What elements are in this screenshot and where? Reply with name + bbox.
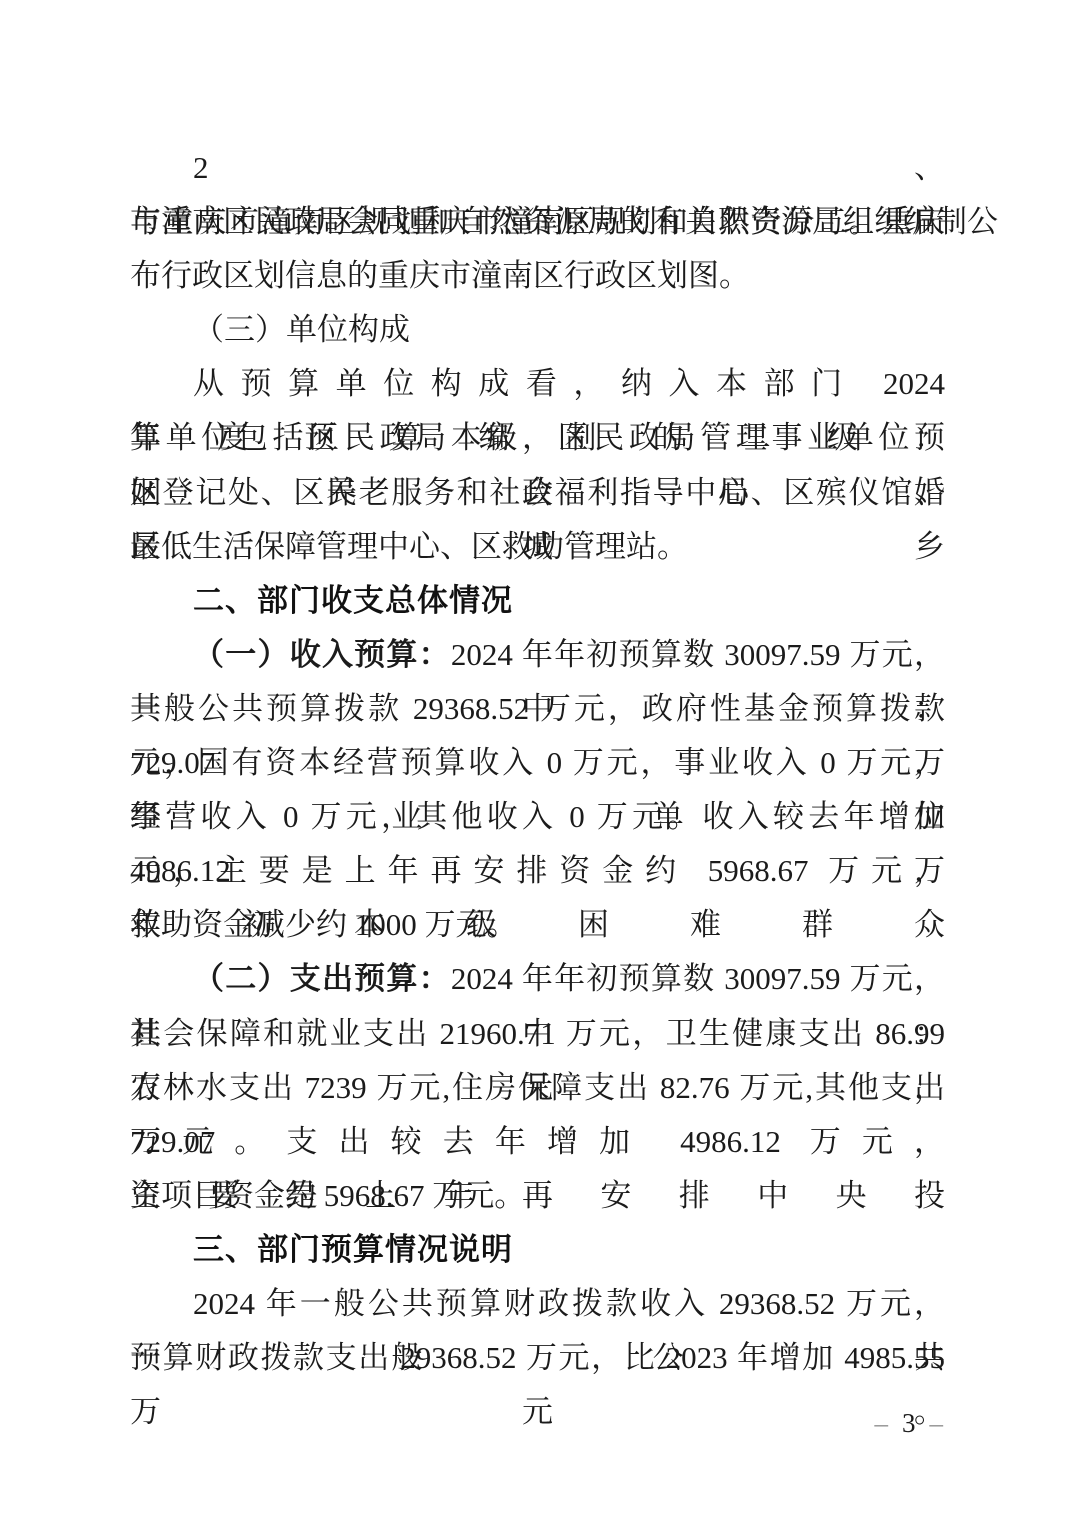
paragraph-line: 预算财政拨款支出 29368.52 万元，比 2023 年增加 4985.55 … (130, 1331, 945, 1385)
section-heading: 三、部门预算情况说明 (130, 1223, 945, 1277)
paragraph-line: 从预算单位构成看，纳入本部门 2024 年度预算编制的二级预 (130, 357, 945, 411)
paragraph-line: 一般公共预算拨款 29368.52 万元，政府性基金预算拨款 729.07 万 (130, 682, 945, 736)
paragraph-line: （二）支出预算：2024 年年初预算数 30097.59 万元，其中： (130, 952, 945, 1006)
paragraph-line: 经营收入 0 万元，其他收入 0 万元。收入较去年增加 4986.12 万 (130, 790, 945, 844)
paragraph-line: （一）收入预算：2024 年年初预算数 30097.59 万元，其中： (130, 628, 945, 682)
paragraph-line: 算单位包括区民政局本级，区民政局管理事业单位：区民政局婚 (130, 411, 945, 465)
subsection-heading: （三）单位构成 (130, 303, 945, 357)
page-number-dash-right: – (928, 1408, 946, 1438)
paragraph-line: 布行政区划信息的重庆市潼南区行政区划图。 (130, 249, 945, 303)
paragraph-line: 姻登记处、区养老服务和社会福利指导中心、区殡仪馆、区城乡 (130, 466, 945, 520)
document-page: 2、与重庆市潼南区规划和自然资源局的有关职责分工。重庆 市潼南区民政局会同重庆市… (0, 0, 1074, 1520)
paragraph-line: 市潼南区民政局会同重庆市潼南区规划和自然资源局组织编制公 (130, 195, 945, 249)
paragraph-line: 元，主要是上年再安排资金约 5968.67 万元，年初本级困难群众 (130, 844, 945, 898)
paragraph-line: 2、与重庆市潼南区规划和自然资源局的有关职责分工。重庆 (130, 141, 945, 195)
paragraph-line: 2024 年一般公共预算财政拨款收入 29368.52 万元，一般公共 (130, 1277, 945, 1331)
paragraph-line: 元，国有资本经营预算收入 0 万元，事业收入 0 万元，事业单位 (130, 736, 945, 790)
document-body: 2、与重庆市潼南区规划和自然资源局的有关职责分工。重庆 市潼南区民政局会同重庆市… (130, 141, 945, 1385)
page-number-value: 3 (890, 1408, 928, 1438)
section-heading: 二、部门收支总体情况 (130, 574, 945, 628)
paragraph-line: 农林水支出 7239 万元,住房保障支出 82.76 万元,其他支出 729.0… (130, 1061, 945, 1115)
page-number: –3– (873, 1401, 946, 1445)
page-number-dash-left: – (873, 1408, 891, 1438)
paragraph-lead-in: （一）收入预算： (193, 637, 451, 672)
paragraph-line: 万元。支出较去年增加 4986.12 万元，主要是上年再安排中央投 (130, 1115, 945, 1169)
paragraph-line: 社会保障和就业支出 21960.71 万元，卫生健康支出 86.99 万元， (130, 1007, 945, 1061)
paragraph-lead-in: （二）支出预算： (193, 961, 451, 996)
